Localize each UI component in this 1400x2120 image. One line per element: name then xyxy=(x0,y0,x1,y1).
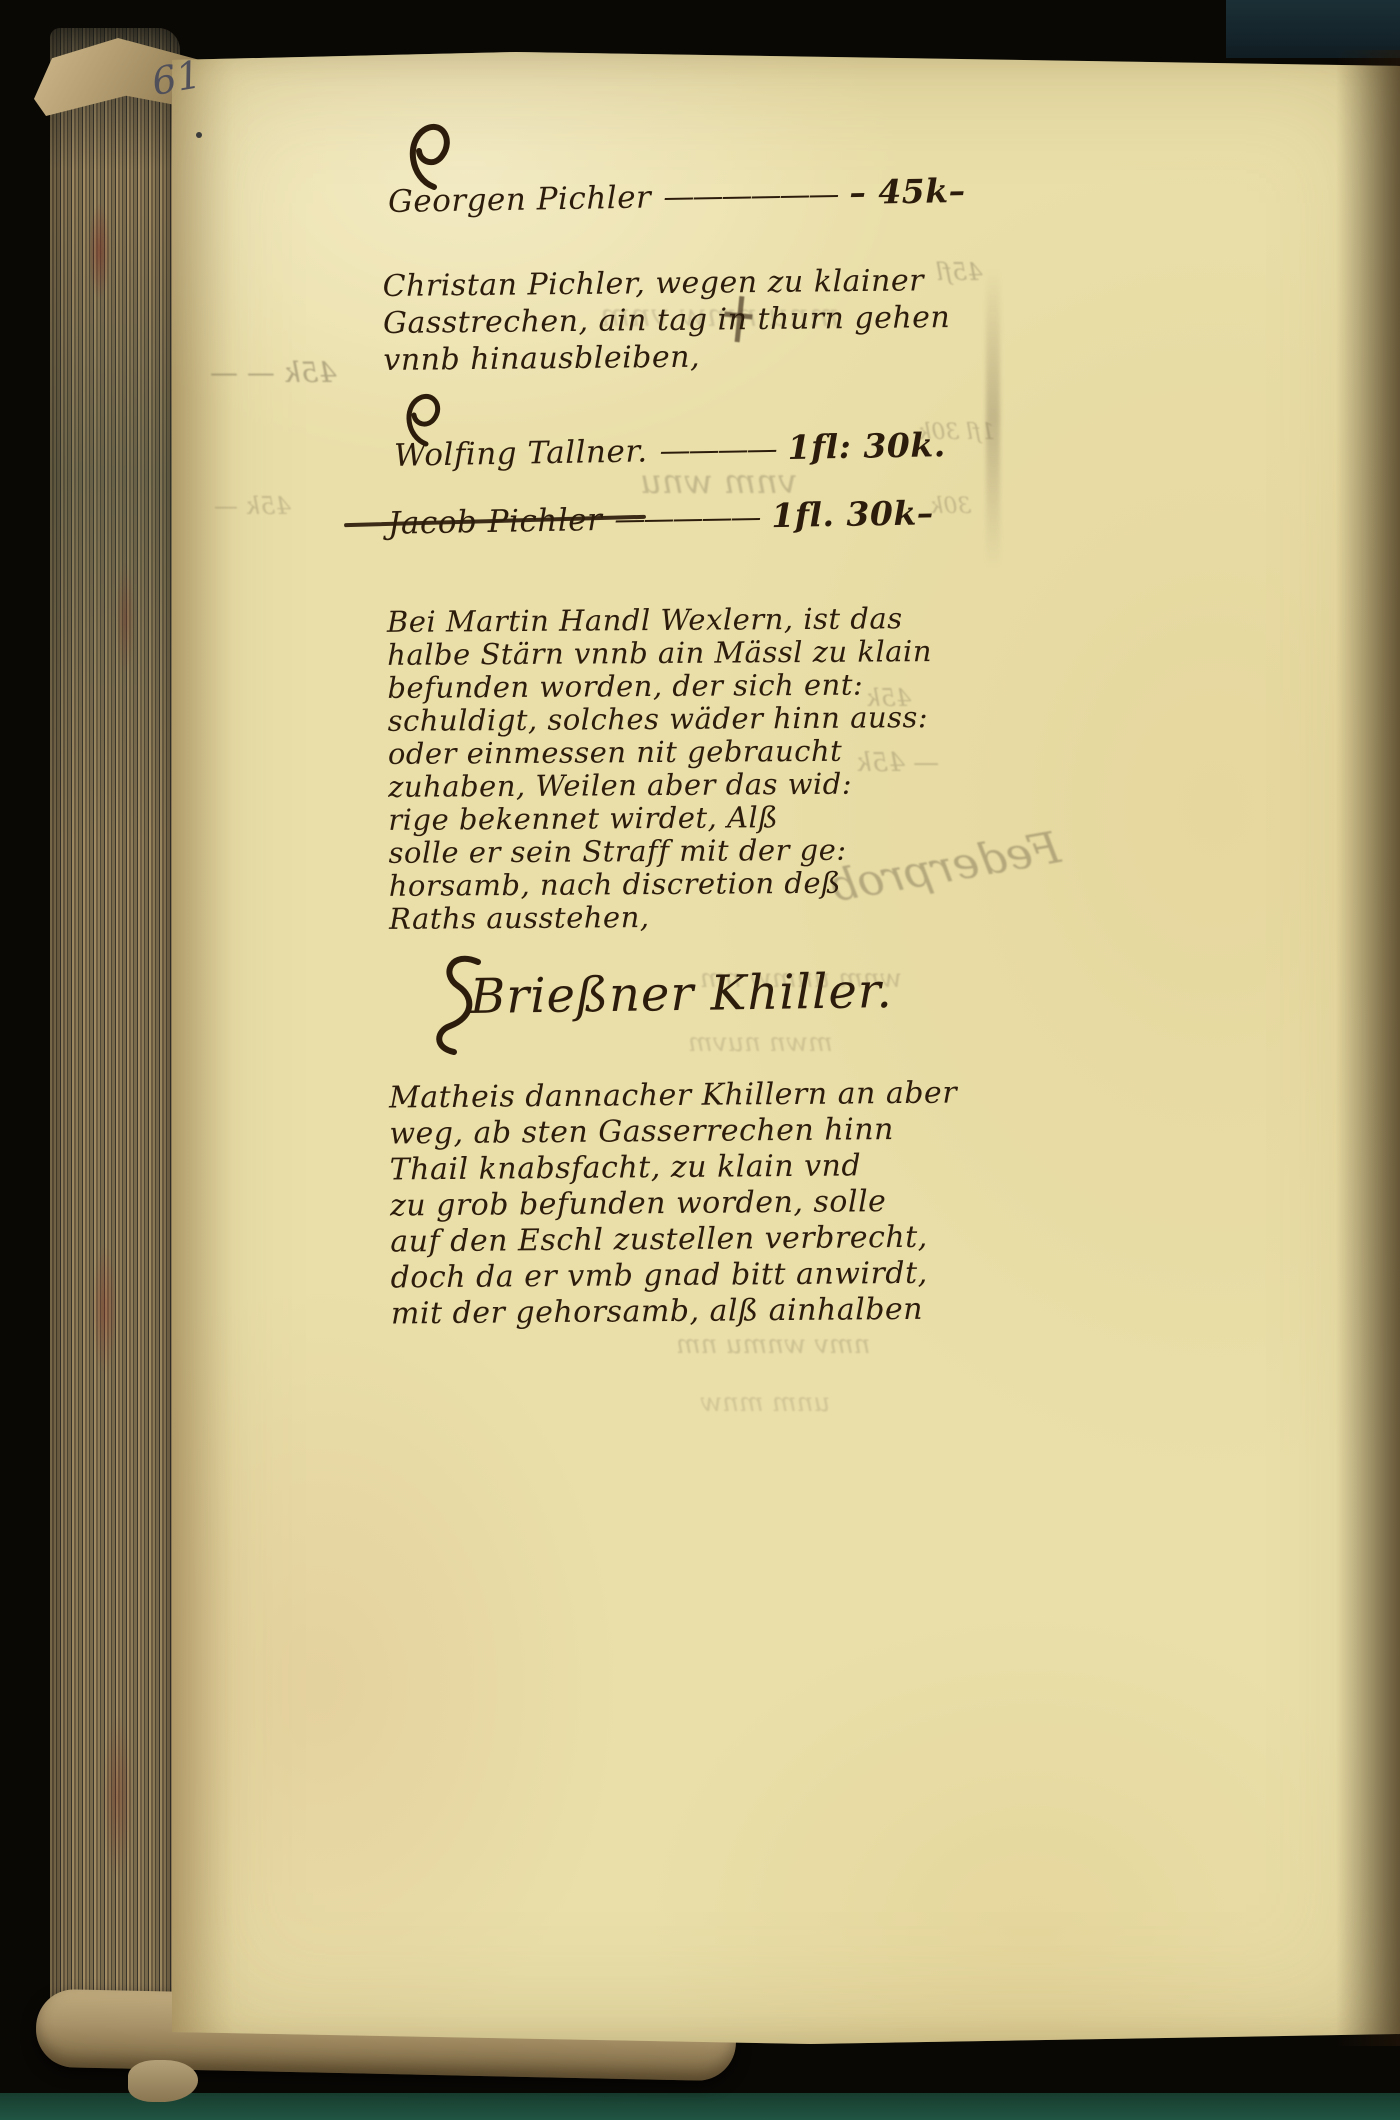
manuscript-photo: 61 45k — — 45k — mnu nmw vnm vnm wnu 45f… xyxy=(0,0,1400,2120)
bleedthrough-scribble: nmv wnmu nm xyxy=(676,1330,870,1360)
manuscript-line: halbe Stärn vnnb ain Mässl zu klain xyxy=(387,635,932,672)
manuscript-line: rige bekennet wirdet, Alß xyxy=(388,800,933,837)
manuscript-line: Raths ausstehen, xyxy=(389,899,934,936)
manuscript-line: auf den Eschl zustellen verbrecht, xyxy=(390,1220,958,1261)
manuscript-line: horsamb, nach discretion deß xyxy=(389,866,934,903)
manuscript-line: solle er sein Straff mit der ge: xyxy=(388,833,933,870)
entry-name: Wolfing Tallner. xyxy=(394,433,648,473)
page-number: 61 xyxy=(149,52,205,104)
ink-dot xyxy=(196,132,202,138)
entry-amount: 1fl. 30k– xyxy=(771,493,934,535)
page-right-shadow xyxy=(1336,50,1400,2046)
entry-name: Georgen Pichler xyxy=(388,179,652,220)
bleedthrough-scribble: mwn nuvm xyxy=(688,1028,833,1058)
manuscript-line: Thail knabsfacht, zu klain vnd xyxy=(390,1148,958,1189)
manuscript-line: doch da er vmb gnad bitt anwirdt, xyxy=(390,1256,958,1297)
bleedthrough-column xyxy=(986,268,1000,568)
manuscript-line: befunden worden, der sich ent: xyxy=(387,668,932,705)
manuscript-line: Matheis dannacher Khillern an aber xyxy=(389,1076,957,1117)
table-felt-strip xyxy=(0,2093,1400,2120)
manuscript-line: Gasstrechen, ain tag in thurn gehen xyxy=(383,299,951,342)
book-leaf-edge-stack xyxy=(50,28,180,2062)
manuscript-line: schuldigt, solches wäder hinn auss: xyxy=(388,701,933,738)
manuscript-line: weg, ab sten Gasserrechen hinn xyxy=(389,1112,957,1153)
minute-paragraph: Matheis dannacher Khillern an aber weg, … xyxy=(389,1076,959,1333)
minute-paragraph: Christan Pichler, wegen zu klainer Gasst… xyxy=(382,262,950,379)
bleedthrough-scribble: unm mnw xyxy=(700,1388,830,1418)
manuscript-line: zuhaben, Weilen aber das wid: xyxy=(388,767,933,804)
manuscript-line: oder einmessen nit gebraucht xyxy=(388,734,933,771)
manuscript-line: Christan Pichler, wegen zu klainer xyxy=(382,262,950,305)
entry-amount: – 45k– xyxy=(849,171,966,212)
manuscript-line: vnnb hinausbleiben, xyxy=(383,336,951,379)
manuscript-line: zu grob befunden worden, solle xyxy=(390,1184,958,1225)
manuscript-line: mit der gehorsamb, alß ainhalben xyxy=(391,1292,959,1333)
entry-amount: 1fl: 30k. xyxy=(787,425,946,467)
minute-paragraph: Bei Martin Handl Wexlern, ist das halbe … xyxy=(387,602,934,936)
bleedthrough-amount: 30k xyxy=(930,494,971,519)
bleedthrough-amount: 45k — xyxy=(214,492,291,520)
manuscript-line: Bei Martin Handl Wexlern, ist das xyxy=(387,602,932,639)
section-heading: Brießner Khiller. xyxy=(470,963,893,1025)
bleedthrough-amount: 45k — — xyxy=(210,356,336,389)
entry-dash-rule: —————— xyxy=(663,176,838,215)
entry-dash-rule: ———— xyxy=(659,431,776,469)
